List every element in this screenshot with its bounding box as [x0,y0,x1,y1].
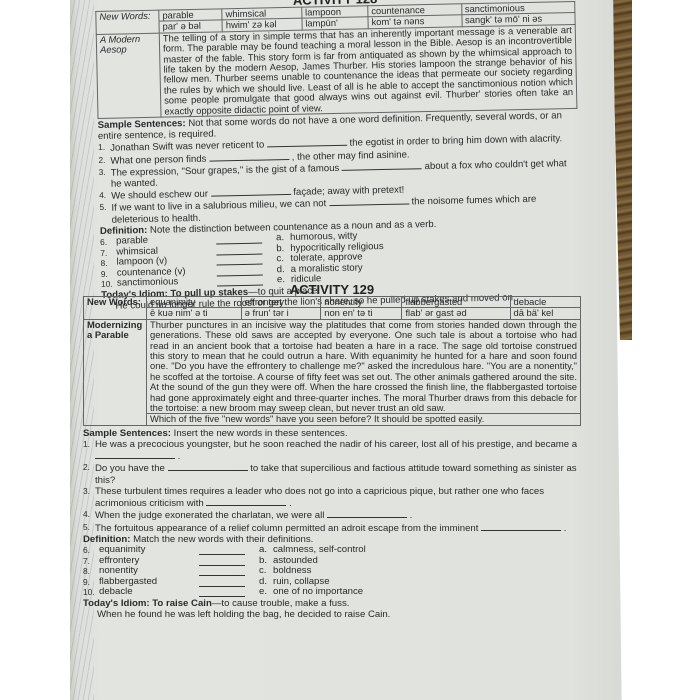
def-meaning: astounded [273,556,581,567]
answer-blank[interactable] [209,151,289,162]
sample-sentences-128: 1.Jonathan Swift was never reticent to t… [98,132,580,225]
sentence-text: He was a precocious youngster, but he so… [95,439,581,462]
sentence-text: These turbulent times requires a leader … [95,486,581,509]
def-number: 8. [83,566,95,577]
new-words-label: New Words: [96,10,159,34]
passage-text: Thurber punctures in an incisive way the… [147,319,581,414]
match-blank-cell [199,587,259,598]
sentence-item: 5.The fortuitous appearance of a relief … [83,522,581,534]
activity-128: ACTIVITY 128 New Words: parable whimsica… [95,0,581,312]
def-number: 9. [83,577,95,588]
answer-blank[interactable] [342,160,422,171]
answer-blank[interactable] [329,196,409,207]
def-meaning: calmness, self-control [273,545,581,556]
sentence-number: 4. [99,190,111,202]
pronunciation: ē kuə nim' ə ti [147,308,242,319]
match-blank[interactable] [199,557,245,566]
match-blank[interactable] [216,245,262,255]
passage-label: A Modern Aesop [96,33,161,119]
sentence-item: 3.These turbulent times requires a leade… [83,486,581,509]
activity-129: ACTIVITY 129 New Words: equanimity effro… [83,283,581,620]
todays-idiom: Today's Idiom: To raise Cain—to cause tr… [83,598,581,609]
activity-129-title: ACTIVITY 129 [83,283,581,296]
def-letter: e. [259,587,273,598]
match-blank[interactable] [199,546,245,555]
match-blank-cell [199,556,259,567]
def-meaning: one of no importance [273,587,581,598]
def-number: 9. [101,269,113,280]
passage-label: Modernizing a Parable [84,319,147,425]
new-words-label: New Words: [84,297,147,320]
sentence-text: The fortuitous appearance of a relief co… [95,522,566,534]
match-blank[interactable] [199,567,245,576]
answer-blank[interactable] [168,462,248,471]
match-blank-cell [199,566,259,577]
def-number: 8. [100,258,112,269]
sentence-number: 5. [99,202,111,226]
sentence-number: 3. [83,486,95,509]
page-content: ACTIVITY 128 New Words: parable whimsica… [95,0,575,312]
sentence-text: When the judge exonerated the charlatan,… [95,509,412,521]
match-blank[interactable] [217,266,263,276]
sample-sentences-129: 1.He was a precocious youngster, but he … [83,439,581,534]
sentence-number: 1. [83,439,95,462]
pronunciation: non en' tə ti [321,308,402,319]
def-number: 6. [83,545,95,556]
def-word: equanimity [99,545,199,556]
passage-text: The telling of a story in simple terms t… [159,24,577,117]
sentence-item: 2.Do you have the to take that supercili… [83,462,581,485]
sample-sentences-intro: Sample Sentences: Insert the new words i… [83,428,581,439]
match-blank-cell [199,545,259,556]
answer-blank[interactable] [327,509,407,518]
match-blank[interactable] [216,256,262,266]
pronunciation: flab' ər gast əd [402,308,510,319]
sentence-number: 3. [99,167,111,191]
match-blank-cell [199,577,259,588]
answer-blank[interactable] [206,497,286,506]
passage-question: Which of the five "new words" have you s… [147,414,581,425]
answer-blank[interactable] [267,137,347,148]
sentence-text: Do you have the to take that superciliou… [95,462,581,485]
definition-match-128: 6.parablea.humorous, witty7.whimsicalb.h… [100,227,581,290]
sentence-item: 4.When the judge exonerated the charlata… [83,509,581,521]
def-number: 10. [83,587,95,598]
pronunciation: dā bä' kel [510,308,580,319]
activity-128-vocab-table: New Words: parable whimsical lampoon cou… [95,1,577,119]
word: effrontery [241,297,321,308]
def-letter: a. [259,545,273,556]
match-blank[interactable] [199,578,245,587]
word: flabbergasted [402,297,510,308]
sentence-number: 5. [83,522,95,534]
def-number: 6. [100,237,112,248]
answer-blank[interactable] [211,186,291,197]
def-number: 7. [100,247,112,258]
word: debacle [510,297,580,308]
sentence-number: 2. [98,154,110,166]
definition-match-129: 6.equanimitya.calmness, self-control7.ef… [83,545,581,598]
def-number: 7. [83,556,95,567]
sentence-number: 4. [83,509,95,521]
def-word: debacle [99,587,199,598]
answer-blank[interactable] [95,450,175,459]
match-blank[interactable] [199,588,245,597]
sentence-item: 1.He was a precocious youngster, but he … [83,439,581,462]
idiom-example: When he found he was left holding the ba… [83,609,581,620]
match-blank[interactable] [216,235,262,245]
sentence-number: 2. [83,462,95,485]
activity-129-vocab-table: New Words: equanimity effrontery nonenti… [83,296,581,426]
word: equanimity [147,297,242,308]
word: nonentity [321,297,402,308]
answer-blank[interactable] [481,522,561,531]
sentence-number: 1. [98,142,110,154]
pronunciation: ə frun' tər i [241,308,321,319]
